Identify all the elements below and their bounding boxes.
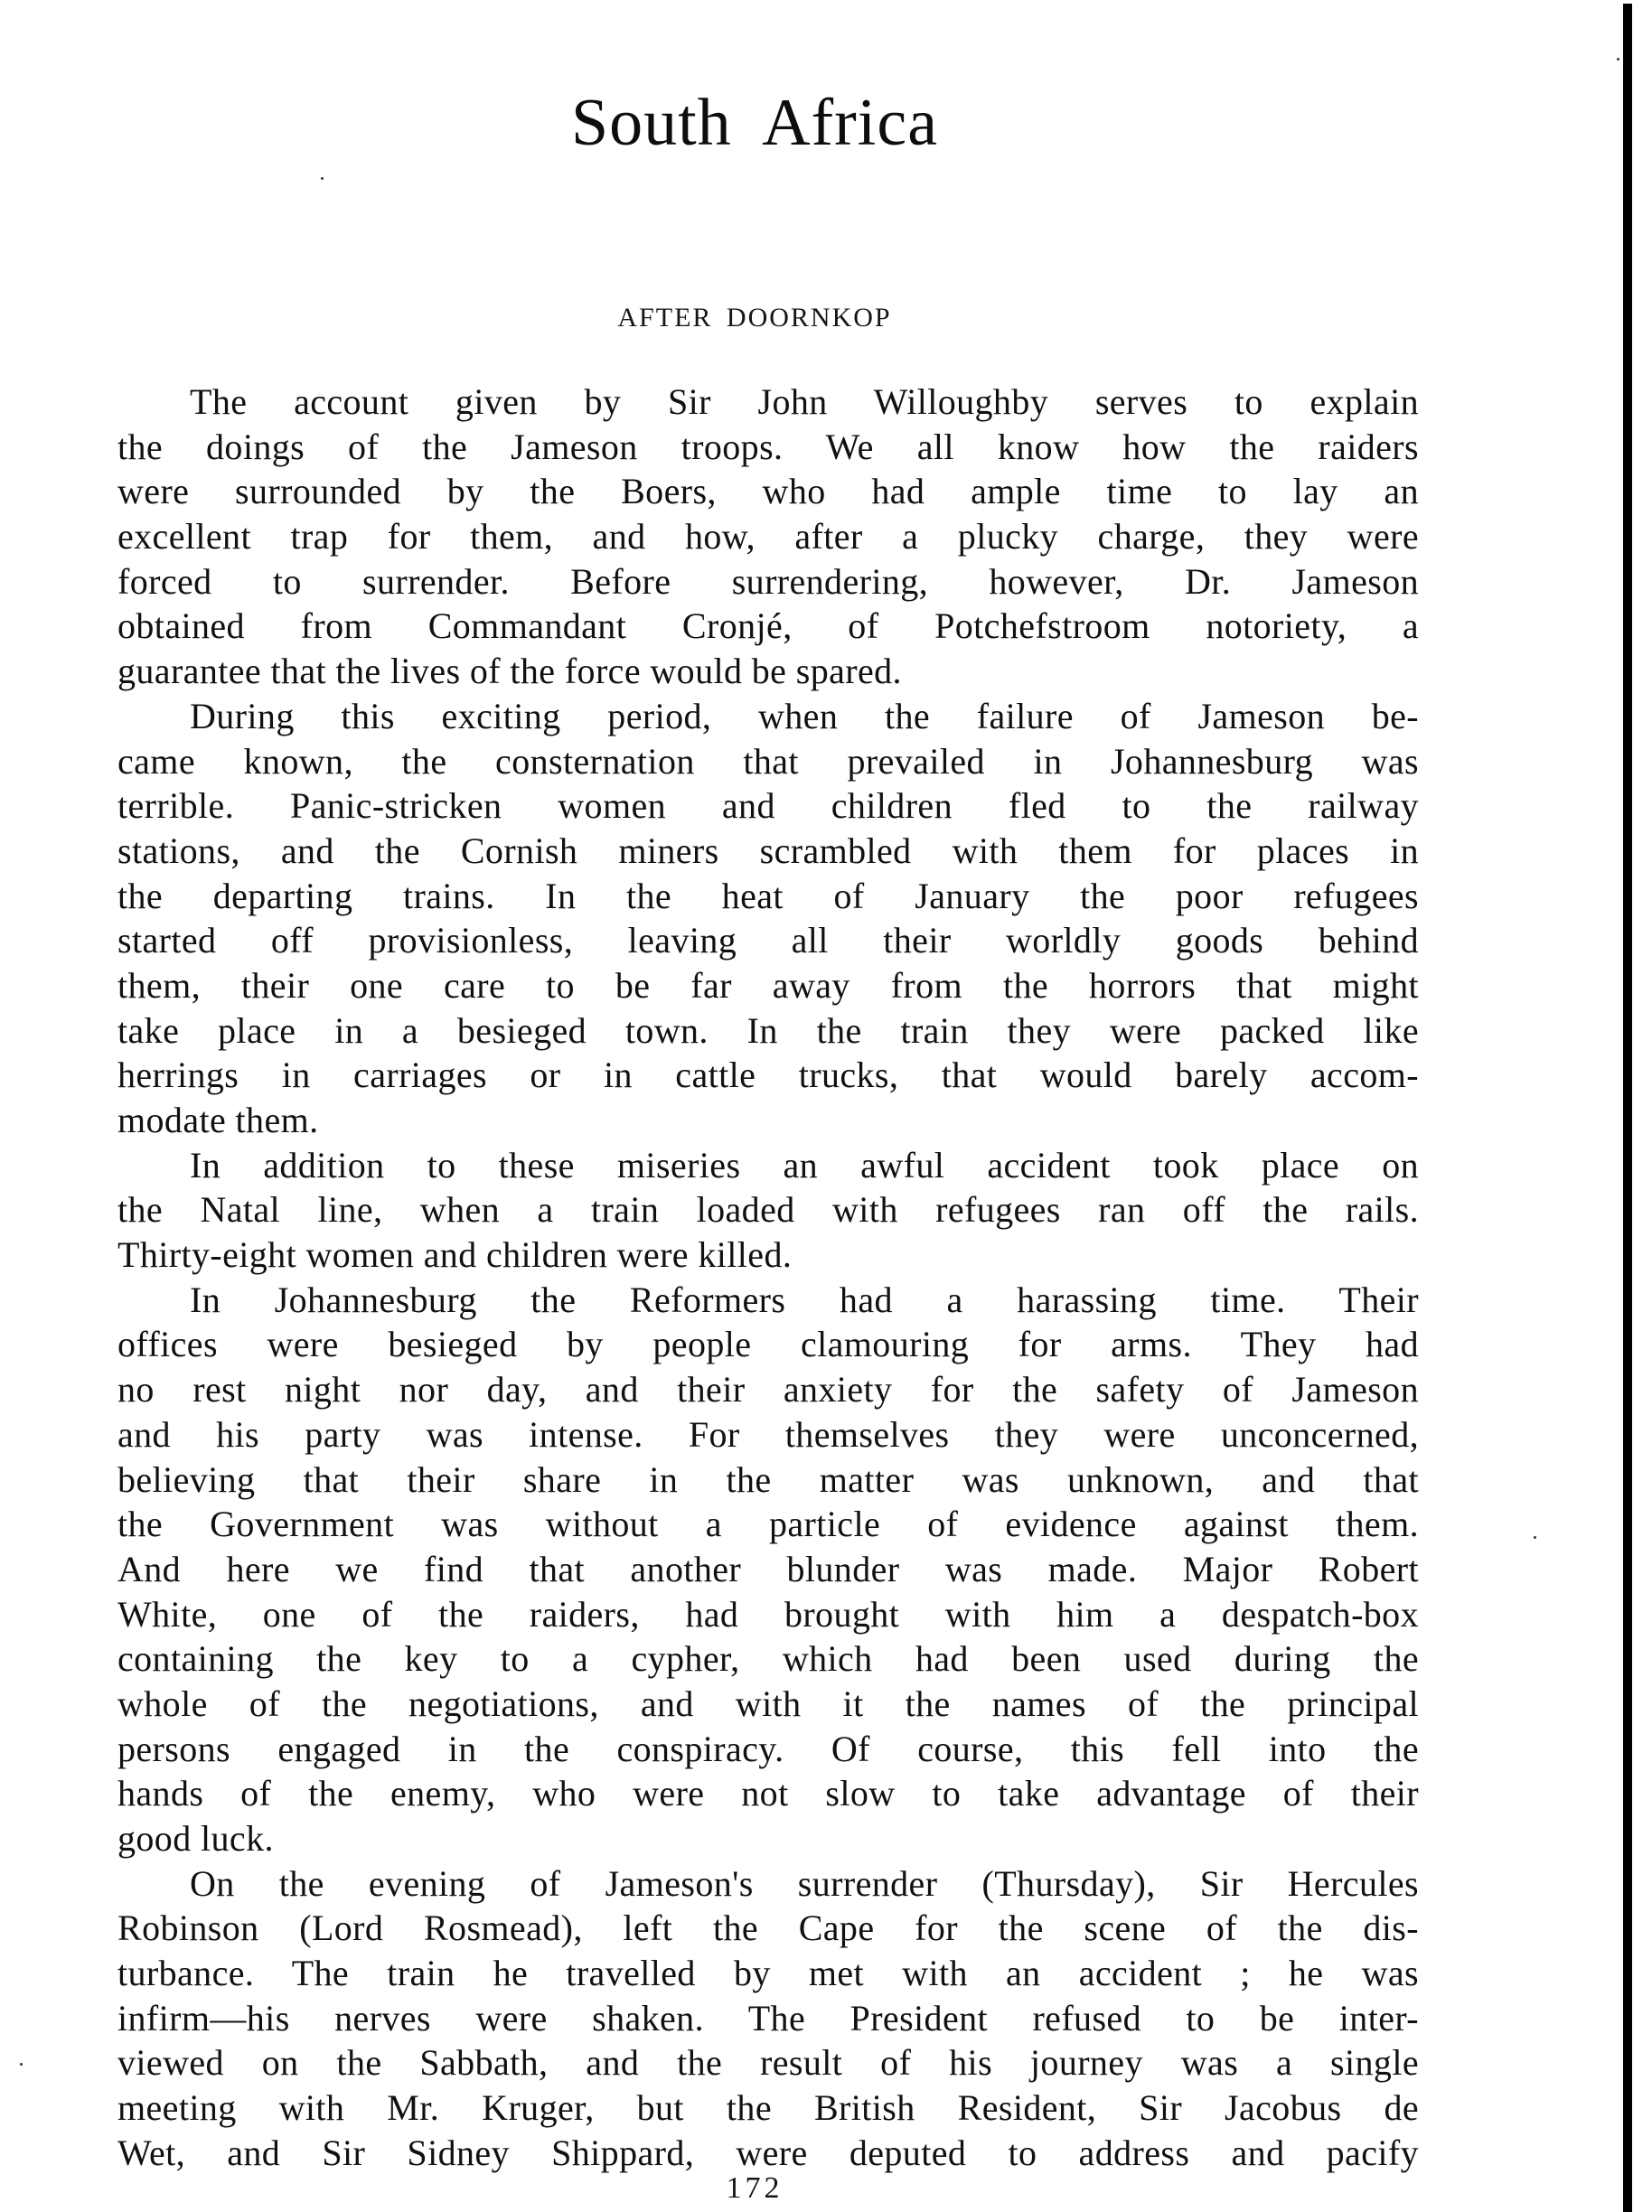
text-line: the Government was without a particle of… <box>117 1502 1419 1547</box>
text-line: the departing trains. In the heat of Jan… <box>117 874 1419 919</box>
text-line: and his party was intense. For themselve… <box>117 1412 1419 1457</box>
scan-speck <box>1534 1536 1536 1539</box>
text-line: containing the key to a cypher, which ha… <box>117 1636 1419 1682</box>
binding-edge-rule <box>1623 4 1632 2212</box>
text-line: herrings in carriages or in cattle truck… <box>117 1053 1419 1098</box>
text-line: came known, the consternation that preva… <box>117 739 1419 784</box>
paragraph-4: In Johannesburg the Reformers had a hara… <box>117 1278 1419 1861</box>
scan-speck <box>20 2063 23 2066</box>
scan-speck <box>321 177 324 180</box>
text-line: During this exciting period, when the fa… <box>117 694 1419 739</box>
text-line: offices were besieged by people clamouri… <box>117 1322 1419 1367</box>
page-number: 172 <box>0 2170 1509 2207</box>
text-line: On the evening of Jameson's surrender (T… <box>117 1861 1419 1907</box>
paragraph-1: The account given by Sir John Willoughby… <box>117 380 1419 694</box>
text-line: good luck. <box>117 1816 1419 1861</box>
text-line: Robinson (Lord Rosmead), left the Cape f… <box>117 1906 1419 1951</box>
text-line: started off provisionless, leaving all t… <box>117 918 1419 963</box>
text-line: take place in a besieged town. In the tr… <box>117 1008 1419 1054</box>
text-line: excellent trap for them, and how, after … <box>117 514 1419 559</box>
text-line: Wet, and Sir Sidney Shippard, were deput… <box>117 2131 1419 2176</box>
text-line: guarantee that the lives of the force wo… <box>117 649 1419 694</box>
section-heading: AFTER DOORNKOP <box>0 302 1509 334</box>
text-line: persons engaged in the conspiracy. Of co… <box>117 1727 1419 1772</box>
text-line: The account given by Sir John Willoughby… <box>117 380 1419 425</box>
body-text: The account given by Sir John Willoughby… <box>117 380 1419 2176</box>
text-line: turbance. The train he travelled by met … <box>117 1951 1419 1996</box>
text-line: whole of the negotiations, and with it t… <box>117 1682 1419 1727</box>
text-line: the doings of the Jameson troops. We all… <box>117 425 1419 470</box>
text-line: no rest night nor day, and their anxiety… <box>117 1367 1419 1412</box>
text-line: viewed on the Sabbath, and the result of… <box>117 2040 1419 2085</box>
paragraph-5: On the evening of Jameson's surrender (T… <box>117 1861 1419 2176</box>
text-line: were surrounded by the Boers, who had am… <box>117 469 1419 514</box>
text-line: modate them. <box>117 1098 1419 1143</box>
text-line: And here we find that another blunder wa… <box>117 1547 1419 1592</box>
text-line: In Johannesburg the Reformers had a hara… <box>117 1278 1419 1323</box>
text-line: meeting with Mr. Kruger, but the British… <box>117 2085 1419 2131</box>
scan-speck <box>1617 58 1619 61</box>
book-page: South Africa AFTER DOORNKOP The account … <box>0 0 1652 2212</box>
text-line: In addition to these miseries an awful a… <box>117 1143 1419 1188</box>
text-line: stations, and the Cornish miners scrambl… <box>117 829 1419 874</box>
text-line: believing that their share in the matter… <box>117 1457 1419 1503</box>
text-line: Thirty-eight women and children were kil… <box>117 1233 1419 1278</box>
text-line: them, their one care to be far away from… <box>117 963 1419 1008</box>
paragraph-3: In addition to these miseries an awful a… <box>117 1143 1419 1278</box>
text-line: forced to surrender. Before surrendering… <box>117 559 1419 605</box>
text-line: White, one of the raiders, had brought w… <box>117 1592 1419 1637</box>
text-line: hands of the enemy, who were not slow to… <box>117 1771 1419 1816</box>
text-line: the Natal line, when a train loaded with… <box>117 1187 1419 1233</box>
running-title: South Africa <box>0 87 1509 159</box>
paragraph-2: During this exciting period, when the fa… <box>117 694 1419 1143</box>
text-line: infirm—his nerves were shaken. The Presi… <box>117 1996 1419 2041</box>
text-line: obtained from Commandant Cronjé, of Potc… <box>117 604 1419 649</box>
text-line: terrible. Panic-stricken women and child… <box>117 783 1419 829</box>
